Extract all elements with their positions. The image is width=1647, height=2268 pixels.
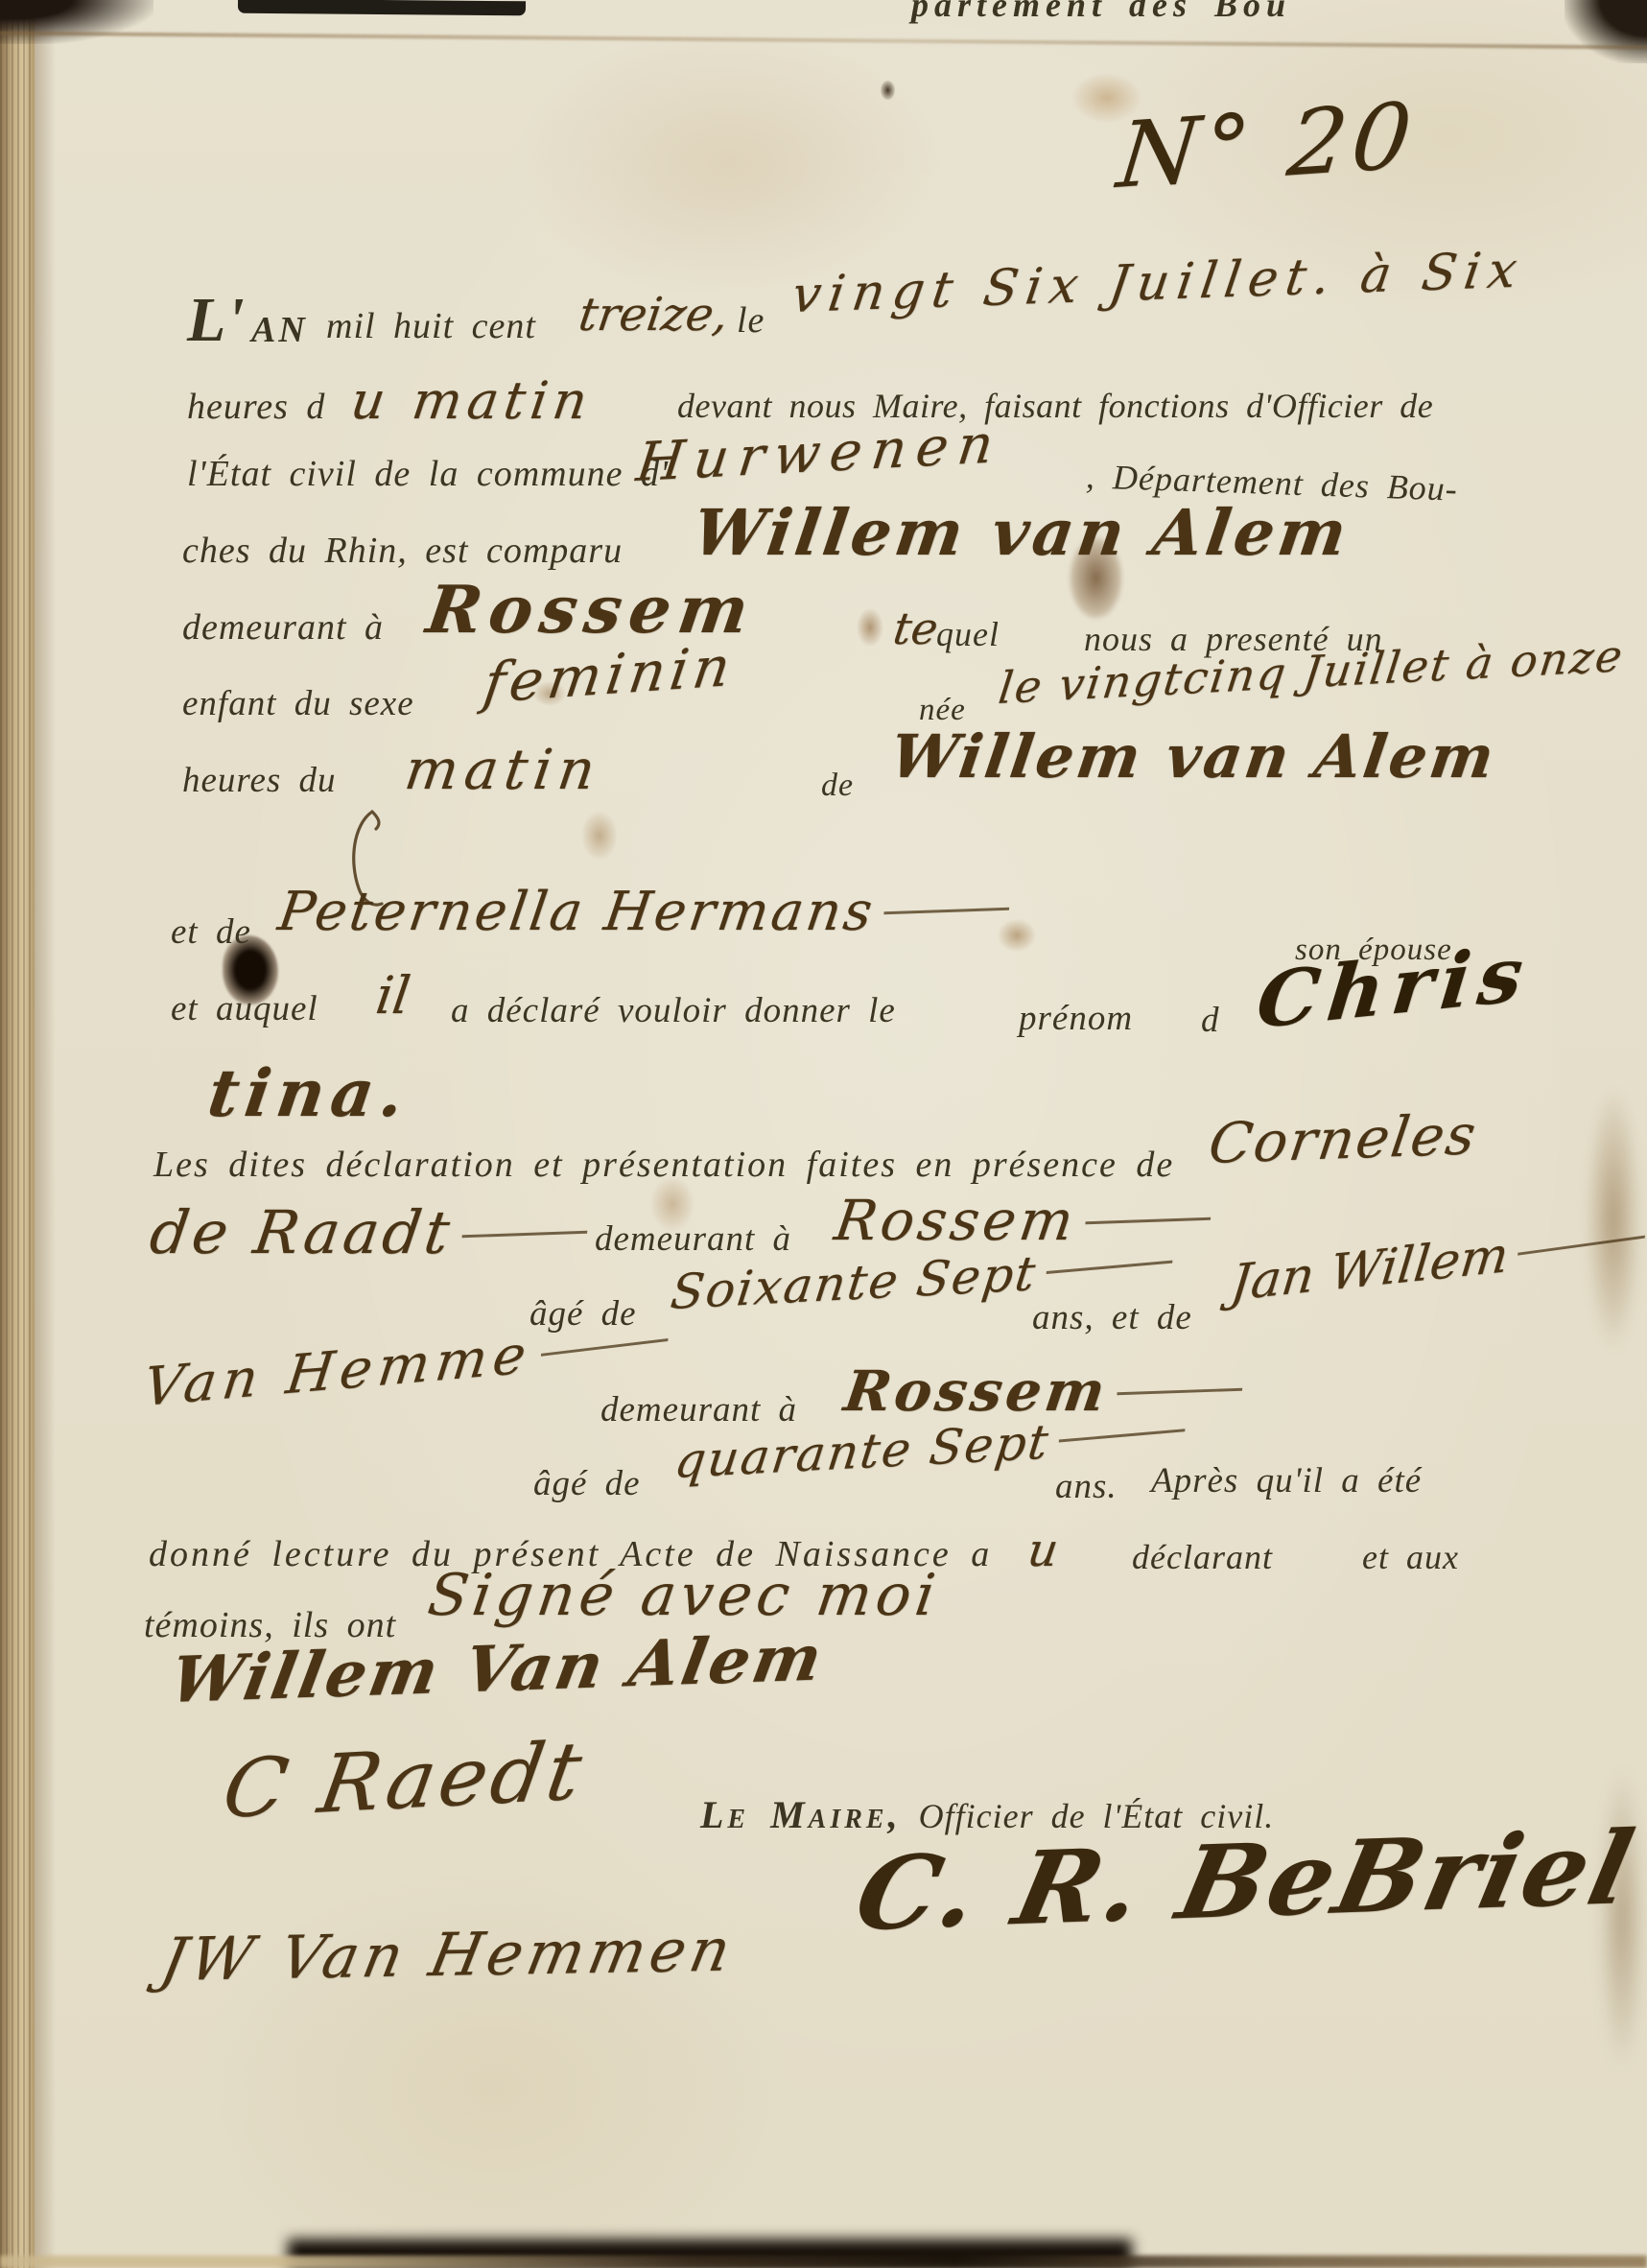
witness1-name-part1: Corneles: [1205, 1101, 1481, 1176]
witness2-name-part2: Van Hemme: [140, 1311, 671, 1419]
l9-printed-prenom: prénom: [1019, 998, 1133, 1039]
top-edge-text: partement des Bou: [911, 0, 1291, 25]
year-word: treize,: [576, 288, 732, 342]
l12-printed-demeurant: demeurant à: [595, 1218, 791, 1260]
signature-witness1: C Raedt: [217, 1724, 592, 1836]
l5-printed-lequel: quel: [936, 614, 1000, 654]
l17-hand-signe: Signé avec moi: [424, 1562, 944, 1629]
l4-printed-comparu: ches du Rhin, est comparu: [182, 530, 623, 572]
l13-printed-ans-et-de: ans, et de: [1032, 1297, 1192, 1338]
l16-printed-declarant: déclarant: [1132, 1537, 1273, 1577]
act-date: vingt Six Juillet. à Six: [788, 242, 1528, 324]
witness1-name-part2: de Raadt: [146, 1197, 592, 1267]
l6-printed-enfant: enfant du sexe: [182, 683, 414, 724]
act-number: N° 20: [1113, 83, 1421, 209]
father-name-2: Willem van Alem: [886, 721, 1501, 791]
child-name-part2: tina.: [203, 1055, 415, 1132]
l11-printed-declaration: Les dites déclaration et présentation fa…: [153, 1144, 1174, 1186]
l9-printed-d: d: [1201, 1000, 1220, 1041]
book-edge-shadow: [35, 0, 56, 2268]
l8-printed-et-de: et de: [171, 911, 251, 953]
l2-printed-heures: heures d: [187, 386, 325, 428]
bottom-page-edge: [0, 2256, 1647, 2268]
l14-printed-demeurant: demeurant à: [600, 1389, 797, 1430]
l3-printed-etat-civil: l'État civil de la commune d': [187, 453, 669, 495]
l5-printed-demeurant: demeurant à: [182, 606, 384, 649]
crease-line: [0, 32, 1647, 50]
l15-printed-age: âgé de: [533, 1463, 641, 1504]
corner-shadow-top-left: [0, 0, 153, 44]
mayor-caption-title: Le Maire,: [700, 1793, 902, 1836]
witness2-name-part1: Jan Willem: [1228, 1213, 1647, 1312]
l1-initial: L': [187, 284, 246, 357]
l7-printed-de: de: [821, 768, 854, 804]
l16-hand-u: u: [1024, 1524, 1062, 1577]
corner-shadow-top-right: [1565, 0, 1647, 63]
l9-printed-auquel: et auquel: [171, 988, 318, 1029]
l1-printed-le: le: [737, 299, 765, 342]
signature-witness2: JW Van Hemmen: [155, 1915, 741, 1995]
stain: [581, 811, 618, 861]
stain: [857, 608, 883, 647]
l5-hand-overwrite: te: [890, 602, 941, 654]
l15-printed-apres: Après qu'il a été: [1151, 1460, 1422, 1501]
l16-printed-et-aux: et aux: [1362, 1537, 1459, 1577]
l9-printed-declare: a déclaré vouloir donner le: [451, 990, 896, 1031]
ink-fleck: [881, 81, 895, 100]
l1-an: AN: [251, 309, 308, 351]
act-time: u matin: [347, 370, 597, 431]
top-dark-slab: [238, 0, 526, 15]
mother-name: Peternella Hermans: [274, 881, 1013, 943]
l9-hand-il: il: [372, 965, 413, 1026]
father-name: Willem van Alem: [689, 495, 1354, 570]
book-page-edges: [0, 0, 35, 2268]
l7-printed-heures: heures du: [182, 760, 337, 801]
birth-time-of-day: matin: [401, 737, 605, 802]
page: partement des Bou N° 20 L' AN mil huit c…: [0, 0, 1647, 2268]
l15-printed-ans: ans.: [1055, 1466, 1118, 1507]
l1-printed-year: mil huit cent: [326, 305, 536, 347]
l2-printed-devant: devant nous Maire, faisant fonctions d'O…: [677, 386, 1433, 426]
